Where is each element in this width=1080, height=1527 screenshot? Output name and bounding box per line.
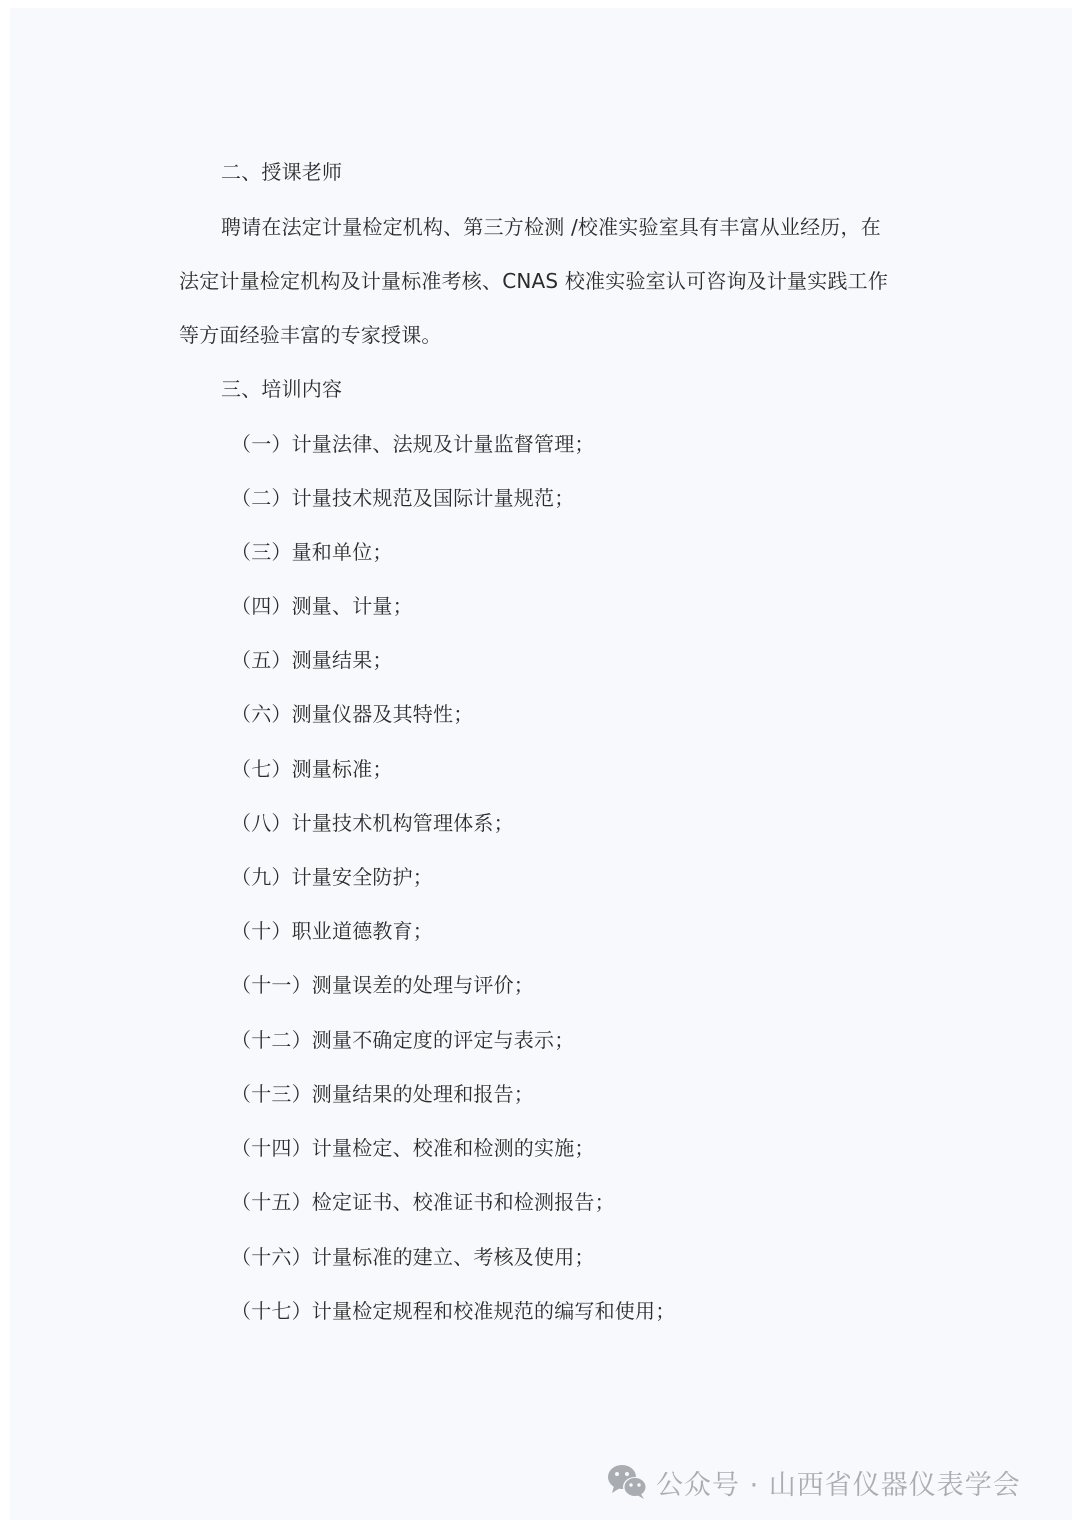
list-item: （十）职业道德教育； [231, 919, 433, 943]
list-item: （十四）计量检定、校准和检测的实施； [231, 1136, 595, 1160]
list-item: （六）测量仪器及其特性； [231, 702, 473, 726]
list-item: （四）测量、计量； [231, 594, 413, 618]
paragraph-line: 法定计量检定机构及计量标准考核、CNAS 校准实验室认可咨询及计量实践工作 [179, 269, 888, 293]
wechat-icon [606, 1462, 650, 1502]
list-item: （十七）计量检定规程和校准规范的编写和使用； [231, 1299, 675, 1323]
list-item: （十五）检定证书、校准证书和检测报告； [231, 1190, 615, 1214]
section-heading-training-content: 三、培训内容 [221, 377, 342, 401]
section-heading-instructors: 二、授课老师 [221, 160, 342, 184]
list-item: （十三）测量结果的处理和报告； [231, 1082, 534, 1106]
list-item: （五）测量结果； [231, 648, 393, 672]
list-item: （三）量和单位； [231, 540, 393, 564]
list-item: （一）计量法律、法规及计量监督管理； [231, 432, 595, 456]
list-item: （十一）测量误差的处理与评价； [231, 973, 534, 997]
list-item: （十二）测量不确定度的评定与表示； [231, 1028, 574, 1052]
list-item: （十六）计量标准的建立、考核及使用； [231, 1245, 595, 1269]
list-item: （九）计量安全防护； [231, 865, 433, 889]
list-item: （二）计量技术规范及国际计量规范； [231, 486, 574, 510]
wechat-watermark: 公众号 · 山西省仪器仪表学会 [606, 1462, 1021, 1502]
paragraph-line: 等方面经验丰富的专家授课。 [179, 323, 442, 347]
watermark-text: 公众号 · 山西省仪器仪表学会 [656, 1463, 1021, 1502]
paragraph-line: 聘请在法定计量检定机构、第三方检测 /校准实验室具有丰富从业经历，在 [221, 215, 881, 239]
list-item: （八）计量技术机构管理体系； [231, 811, 514, 835]
list-item: （七）测量标准； [231, 757, 393, 781]
